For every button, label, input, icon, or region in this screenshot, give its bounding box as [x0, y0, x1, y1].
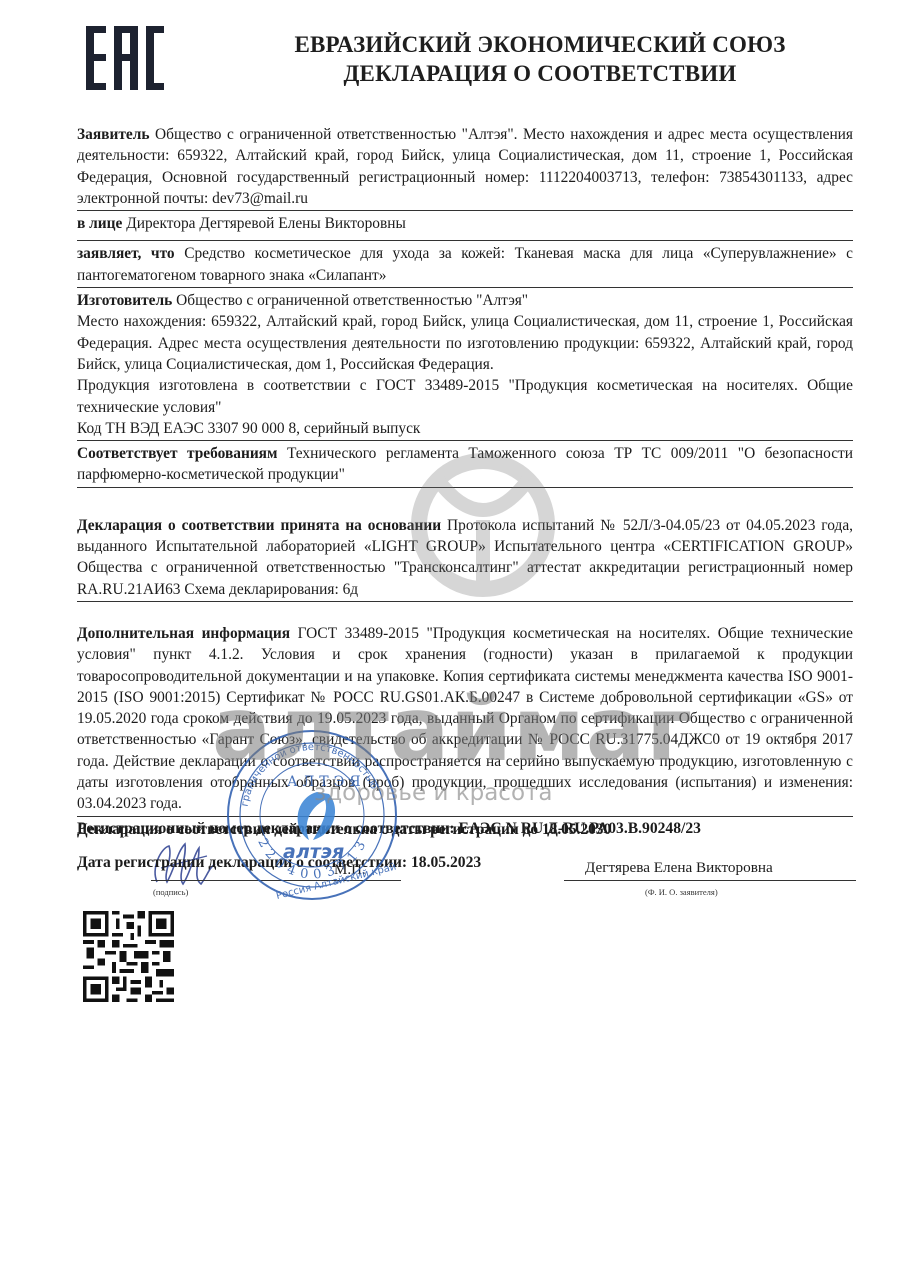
eac-logo-icon — [84, 24, 166, 92]
applicant-text: Общество с ограниченной ответственностью… — [77, 126, 853, 207]
represented-by-label: в лице — [77, 215, 122, 232]
signer-name: Дегтярева Елена Викторовна — [585, 857, 773, 878]
declares-label: заявляет, что — [77, 245, 175, 262]
declaration-page: ЕВРАЗИЙСКИЙ ЭКОНОМИЧЕСКИЙ СОЮЗ ДЕКЛАРАЦИ… — [0, 0, 900, 1274]
represented-by-text: Директора Дегтяревой Елены Викторовны — [126, 215, 406, 232]
additional-info-label: Дополнительная информация — [77, 625, 290, 642]
represented-by-section: в лице Директора Дегтяревой Елены Виктор… — [77, 213, 853, 234]
divider — [77, 240, 853, 241]
applicant-section: Заявитель Общество с ограниченной ответс… — [77, 124, 853, 209]
divider — [77, 816, 853, 817]
header-line-union: ЕВРАЗИЙСКИЙ ЭКОНОМИЧЕСКИЙ СОЮЗ — [200, 30, 880, 59]
declares-text: Средство косметическое для ухода за коже… — [77, 245, 853, 283]
manufacturer-name: Общество с ограниченной ответственностью… — [176, 292, 528, 309]
divider — [77, 210, 853, 211]
manufacturer-label: Изготовитель — [77, 292, 172, 309]
manufacturer-section: Изготовитель Общество с ограниченной отв… — [77, 290, 853, 439]
basis-section: Декларация о соответствии принята на осн… — [77, 515, 853, 600]
signer-name-caption: (Ф. И. О. заявителя) — [645, 882, 718, 903]
signature-caption: (подпись) — [153, 882, 188, 903]
svg-text:алтэя: алтэя — [283, 841, 344, 863]
header-title: ЕВРАЗИЙСКИЙ ЭКОНОМИЧЕСКИЙ СОЮЗ ДЕКЛАРАЦИ… — [200, 30, 880, 88]
signer-name-line — [564, 880, 856, 881]
qr-code-icon — [83, 911, 174, 1002]
manufacturer-standard: Продукция изготовлена в соответствии с Г… — [77, 375, 853, 418]
divider — [77, 487, 853, 488]
basis-label: Декларация о соответствии принята на осн… — [77, 517, 441, 534]
company-stamp-icon: граниченной ответственностью 2204003713 … — [225, 728, 400, 903]
divider — [77, 601, 853, 602]
declaration-body: Заявитель Общество с ограниченной ответс… — [77, 124, 853, 896]
svg-text:АЛТЭЯ: АЛТЭЯ — [287, 774, 366, 790]
declares-section: заявляет, что Средство косметическое для… — [77, 243, 853, 286]
additional-info-text: ГОСТ 33489-2015 "Продукция косметическая… — [77, 625, 853, 812]
applicant-label: Заявитель — [77, 126, 150, 143]
manufacturer-address: Место нахождения: 659322, Алтайский край… — [77, 311, 853, 375]
header-line-declaration: ДЕКЛАРАЦИЯ О СООТВЕТСТВИИ — [200, 59, 880, 88]
divider — [77, 287, 853, 288]
conforms-label: Соответствует требованиям — [77, 445, 278, 462]
manufacturer-code: Код ТН ВЭД ЕАЭС 3307 90 000 8, серийный … — [77, 418, 853, 439]
divider — [77, 440, 853, 441]
conforms-section: Соответствует требованиям Технического р… — [77, 443, 853, 486]
additional-info-section: Дополнительная информация ГОСТ 33489-201… — [77, 623, 853, 815]
